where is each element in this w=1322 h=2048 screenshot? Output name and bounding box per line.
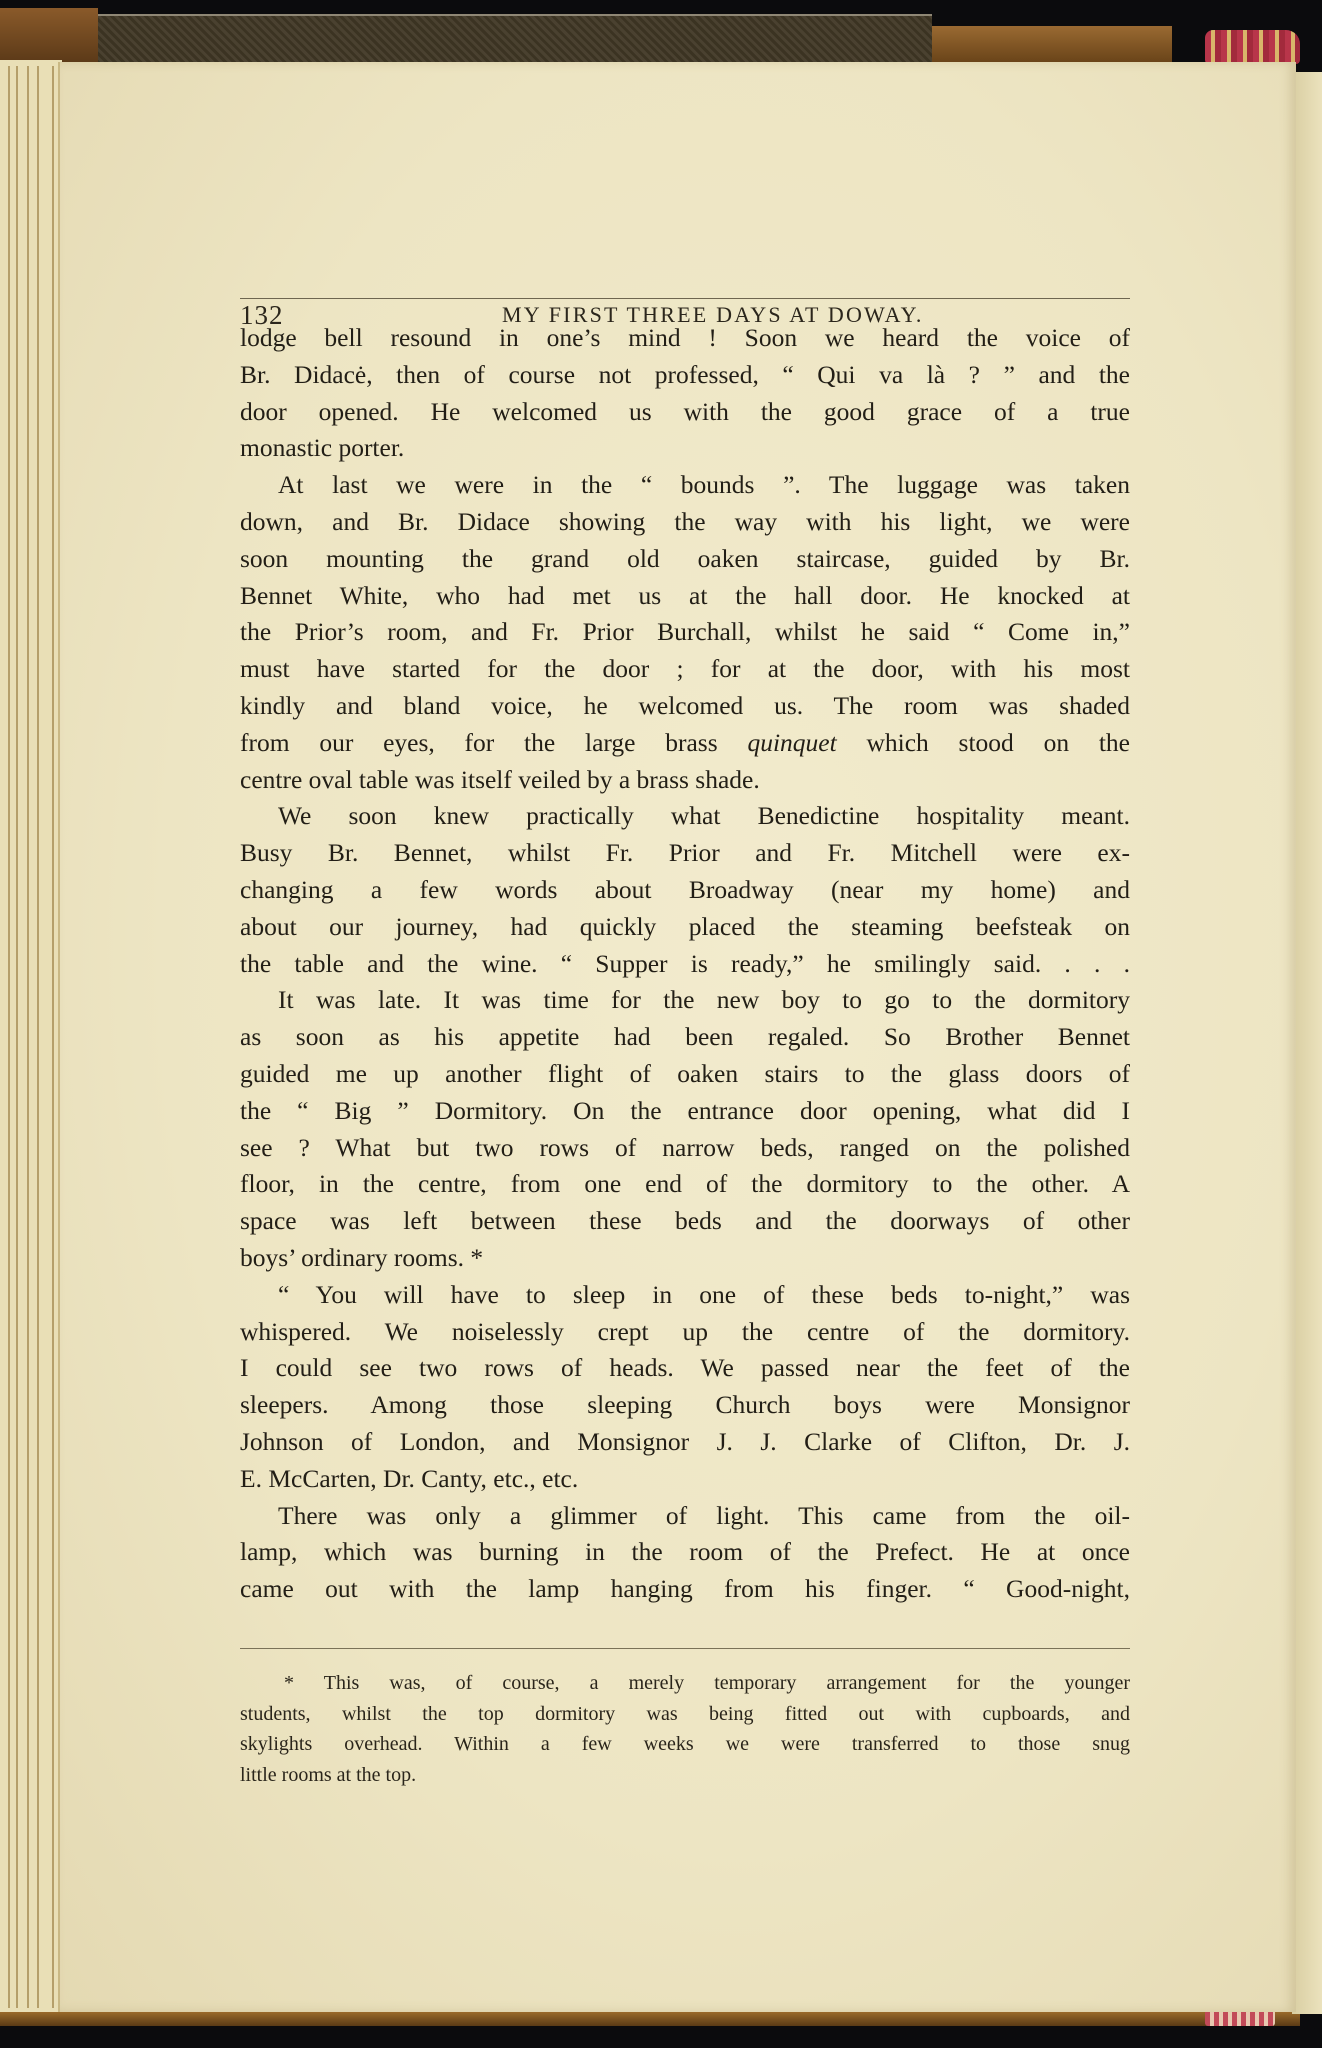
page-edge-line xyxy=(8,66,10,2008)
text-line: guided me up another flight of oaken sta… xyxy=(240,1056,1130,1093)
text-line: It was late. It was time for the new boy… xyxy=(240,982,1130,1019)
text-line: must have started for the door ; for at … xyxy=(240,651,1130,688)
next-page-edge xyxy=(1292,72,1322,2014)
text-line: students, whilst the top dormitory was b… xyxy=(240,1699,1130,1730)
text-line: sleepers. Among those sleeping Church bo… xyxy=(240,1387,1130,1424)
text-line: skylights overhead. Within a few weeks w… xyxy=(240,1729,1130,1760)
text-line: Bennet White, who had met us at the hall… xyxy=(240,578,1130,615)
text-line: boys’ ordinary rooms. * xyxy=(240,1240,1130,1277)
page-edge-line xyxy=(52,66,54,2008)
book-cover-bottom-edge xyxy=(0,2012,1300,2026)
text-line: E. McCarten, Dr. Canty, etc., etc. xyxy=(240,1461,1130,1498)
book-cover-cloth xyxy=(98,14,932,64)
text-line: centre oval table was itself veiled by a… xyxy=(240,762,1130,799)
page-edge-line xyxy=(27,66,29,2008)
text-line: little rooms at the top. xyxy=(240,1760,1130,1791)
text-line: floor, in the centre, from one end of th… xyxy=(240,1166,1130,1203)
text-line: “ You will have to sleep in one of these… xyxy=(240,1277,1130,1314)
text-line: down, and Br. Didace showing the way wit… xyxy=(240,504,1130,541)
text-line: Busy Br. Bennet, whilst Fr. Prior and Fr… xyxy=(240,835,1130,872)
text-line: door opened. He welcomed us with the goo… xyxy=(240,394,1130,431)
text-line: lamp, which was burning in the room of t… xyxy=(240,1534,1130,1571)
text-line: the Prior’s room, and Fr. Prior Burchall… xyxy=(240,614,1130,651)
footnote-rule xyxy=(240,1648,1130,1649)
text-line: I could see two rows of heads. We passed… xyxy=(240,1350,1130,1387)
text-line: monastic porter. xyxy=(240,430,1130,467)
footnote: * This was, of course, a merely temporar… xyxy=(240,1668,1130,1790)
text-line: about our journey, had quickly placed th… xyxy=(240,909,1130,946)
text-line: came out with the lamp hanging from his … xyxy=(240,1571,1130,1608)
text-line: from our eyes, for the large brass quinq… xyxy=(240,725,1130,762)
italic-word: quinquet xyxy=(747,728,836,757)
page-edge-line xyxy=(16,66,18,2008)
page-edge-line xyxy=(37,66,39,2008)
text-line: kindly and bland voice, he welcomed us. … xyxy=(240,688,1130,725)
text-line: the “ Big ” Dormitory. On the entrance d… xyxy=(240,1093,1130,1130)
text-line: soon mounting the grand old oaken stairc… xyxy=(240,541,1130,578)
text-line: as soon as his appetite had been regaled… xyxy=(240,1019,1130,1056)
text-line: We soon knew practically what Benedictin… xyxy=(240,798,1130,835)
page-stack-left xyxy=(0,60,62,2012)
book-cover-corner-right xyxy=(932,26,1172,62)
book-cover-corner-left xyxy=(0,8,98,62)
text-line: Br. Didacė, then of course not professed… xyxy=(240,357,1130,394)
text-line: lodge bell resound in one’s mind ! Soon … xyxy=(240,320,1130,357)
book-page: 132 MY FIRST THREE DAYS AT DOWAY. lodge … xyxy=(58,62,1296,2012)
text-line: see ? What but two rows of narrow beds, … xyxy=(240,1130,1130,1167)
text-line: changing a few words about Broadway (nea… xyxy=(240,872,1130,909)
body-text: lodge bell resound in one’s mind ! Soon … xyxy=(240,320,1130,1608)
text-line: There was only a glimmer of light. This … xyxy=(240,1498,1130,1535)
book-headband xyxy=(1205,30,1300,64)
text-line: At last we were in the “ bounds ”. The l… xyxy=(240,467,1130,504)
text-line: space was left between these beds and th… xyxy=(240,1203,1130,1240)
text-line: Johnson of London, and Monsignor J. J. C… xyxy=(240,1424,1130,1461)
text-line: * This was, of course, a merely temporar… xyxy=(240,1668,1130,1699)
text-line: the table and the wine. “ Supper is read… xyxy=(240,946,1130,983)
text-line: whispered. We noiselessly crept up the c… xyxy=(240,1314,1130,1351)
header-rule xyxy=(240,298,1130,299)
